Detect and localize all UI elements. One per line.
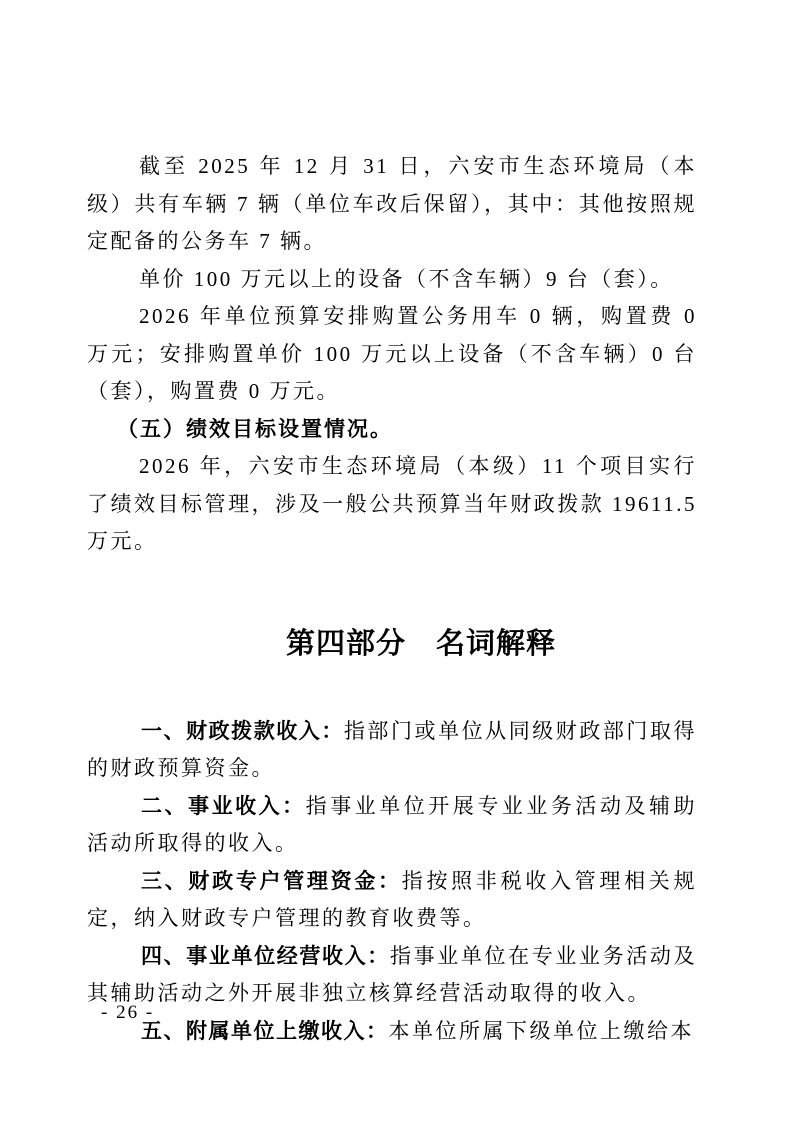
term-item-special-account-funds: 三、财政专户管理资金：指按照非税收入管理相关规定，纳入财政专户管理的教育收费等。 [87,863,697,938]
term-name: 四、事业单位经营收入： [141,945,390,968]
term-item-operational-income: 二、事业收入：指事业单位开展专业业务活动及辅助活动所取得的收入。 [87,788,697,863]
term-name: 五、附属单位上缴收入： [141,1020,389,1043]
page-content: 截至 2025 年 12 月 31 日，六安市生态环境局（本级）共有车辆 7 辆… [0,0,793,1122]
term-item-fiscal-appropriation: 一、财政拨款收入：指部门或单位从同级财政部门取得的财政预算资金。 [87,713,697,788]
paragraph-budget-purchase: 2026 年单位预算安排购置公务用车 0 辆，购置费 0 万元；安排购置单价 1… [87,298,697,411]
heading-performance-targets: （五）绩效目标设置情况。 [87,411,697,449]
term-name: 二、事业收入： [141,795,306,818]
term-definition: 本单位所属下级单位上缴给本 [389,1019,695,1043]
term-item-subordinate-unit-remittance: 五、附属单位上缴收入：本单位所属下级单位上缴给本 [87,1013,697,1051]
term-name: 三、财政专户管理资金： [141,870,402,893]
term-name: 一、财政拨款收入： [141,720,344,743]
terms-list: 一、财政拨款收入：指部门或单位从同级财政部门取得的财政预算资金。 二、事业收入：… [87,713,697,1051]
document-page: 截至 2025 年 12 月 31 日，六安市生态环境局（本级）共有车辆 7 辆… [0,0,793,1122]
paragraph-performance-targets: 2026 年，六安市生态环境局（本级）11 个项目实行了绩效目标管理，涉及一般公… [87,448,697,561]
page-number: - 26 - [101,1001,154,1025]
paragraph-vehicles: 截至 2025 年 12 月 31 日，六安市生态环境局（本级）共有车辆 7 辆… [87,148,697,261]
term-item-business-operating-income: 四、事业单位经营收入：指事业单位在专业业务活动及其辅助活动之外开展非独立核算经营… [87,938,697,1013]
part4-title: 第四部分 名词解释 [87,623,697,665]
paragraph-equipment: 单价 100 万元以上的设备（不含车辆）9 台（套）。 [87,261,697,299]
